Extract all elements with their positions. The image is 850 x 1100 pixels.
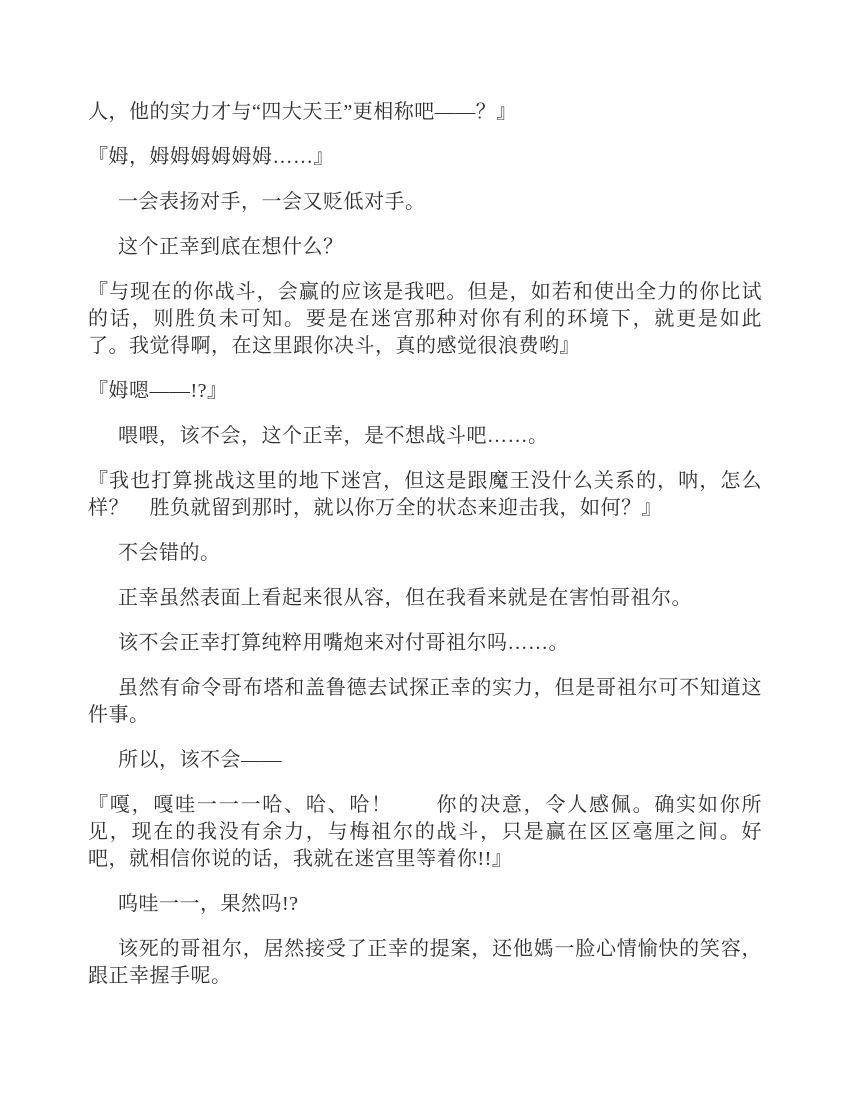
novel-text-column: 人，他的实力才与“四大天王”更相称吧——？』『姆，姆姆姆姆姆姆……』一会表扬对手… (0, 0, 850, 990)
paragraph-dialogue: 『姆，姆姆姆姆姆姆……』 (88, 144, 762, 171)
paragraph-dialogue: 『姆嗯——!?』 (88, 378, 762, 405)
paragraph-narration: 这个正幸到底在想什么？ (88, 234, 762, 261)
paragraph-dialogue: 『嘎，嘎哇一一一哈、哈、哈！ 你的决意，令人感佩。确实如你所见，现在的我没有余力… (88, 792, 762, 873)
paragraph-dialogue: 『与现在的你战斗，会赢的应该是我吧。但是，如若和使出全力的你比试的话，则胜负未可… (88, 279, 762, 360)
paragraph-narration: 一会表扬对手，一会又贬低对手。 (88, 189, 762, 216)
paragraph-narration: 该不会正幸打算纯粹用嘴炮来对付哥祖尔吗……。 (88, 630, 762, 657)
paragraph-continuation: 人，他的实力才与“四大天王”更相称吧——？』 (88, 99, 762, 126)
paragraph-dialogue: 『我也打算挑战这里的地下迷宫，但这是跟魔王没什么关系的，呐，怎么样？ 胜负就留到… (88, 468, 762, 522)
paragraph-narration: 该死的哥祖尔，居然接受了正幸的提案，还他媽一脸心情愉快的笑容，跟正幸握手呢。 (88, 936, 762, 990)
paragraph-narration: 呜哇一一，果然吗!? (88, 891, 762, 918)
paragraph-narration: 虽然有命令哥布塔和盖鲁德去试探正幸的实力，但是哥祖尔可不知道这件事。 (88, 675, 762, 729)
paragraph-narration: 喂喂，该不会，这个正幸，是不想战斗吧……。 (88, 423, 762, 450)
paragraph-narration: 正幸虽然表面上看起来很从容，但在我看来就是在害怕哥祖尔。 (88, 585, 762, 612)
paragraph-narration: 不会错的。 (88, 540, 762, 567)
ebook-page: 人，他的实力才与“四大天王”更相称吧——？』『姆，姆姆姆姆姆姆……』一会表扬对手… (0, 0, 850, 1100)
paragraph-narration: 所以，该不会—— (88, 747, 762, 774)
